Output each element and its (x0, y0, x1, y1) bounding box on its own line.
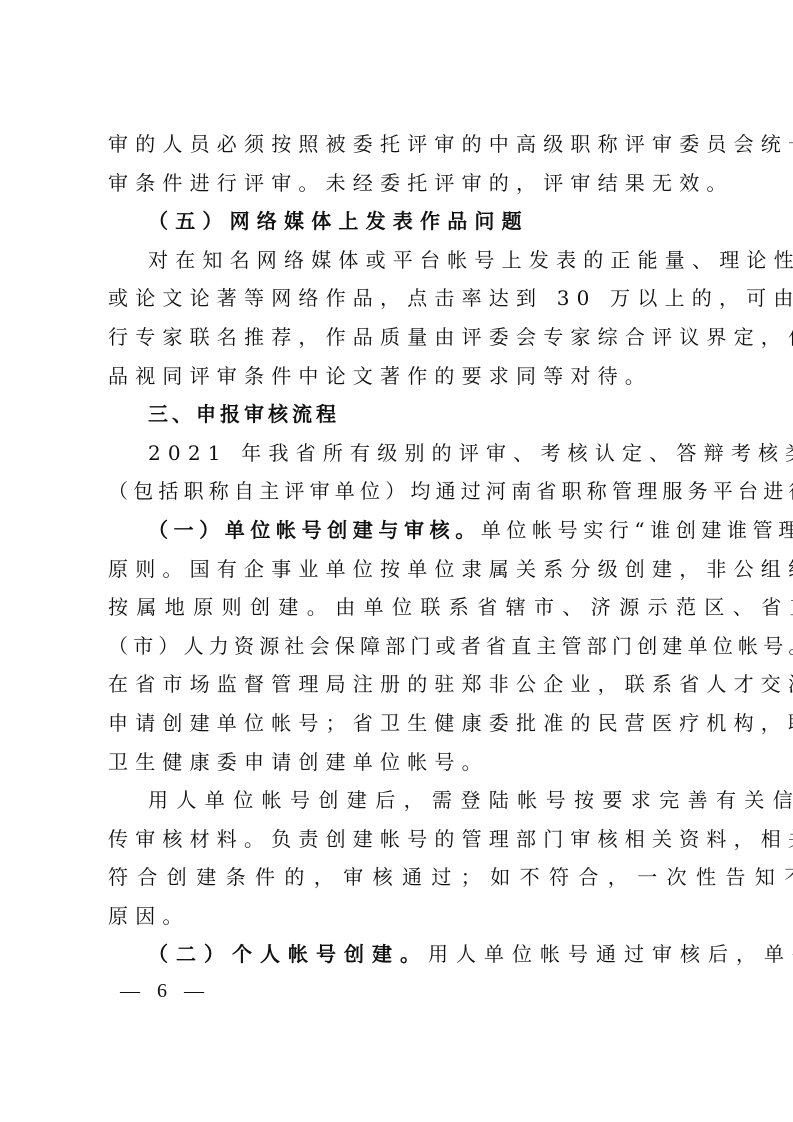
paragraph-line: 用人单位帐号创建后，需登陆帐号按要求完善有关信息并上 (108, 781, 688, 820)
paragraph-line: 原则。国有企事业单位按单位隶属关系分级创建，非公组织机构 (108, 550, 688, 589)
page-number: — 6 — (120, 980, 210, 1003)
paragraph-line: 符合创建条件的，审核通过；如不符合，一次性告知不通过 (108, 858, 688, 897)
paragraph-line: 原因。 (108, 897, 688, 936)
paragraph-line: 或论文论著等网络作品，点击率达到 30 万以上的，可由 2 名同 (108, 279, 688, 318)
paragraph-text: 单位帐号实行“谁创建谁管理” (481, 518, 793, 542)
paragraph-line: 2021 年我省所有级别的评审、考核认定、答辩考核类职称 (108, 434, 688, 473)
paragraph-line: 品视同评审条件中论文著作的要求同等对待。 (108, 357, 688, 396)
paragraph-line: （市）人力资源社会保障部门或者省直主管部门创建单位帐号。 (108, 627, 688, 666)
paragraph-text: 用人单位帐号通过审核后，单位管理 (428, 942, 793, 966)
paragraph-line-with-lead: （二）个人帐号创建。用人单位帐号通过审核后，单位管理 (108, 935, 688, 974)
part-heading-application-review: 三、申报审核流程 (108, 395, 688, 434)
paragraph-line: 按属地原则创建。由单位联系省辖市、济源示范区、省直管县 (108, 588, 688, 627)
section-heading-network-media: （五）网络媒体上发表作品问题 (108, 202, 688, 241)
subsection-lead-personal-account: （二）个人帐号创建。 (148, 942, 428, 966)
paragraph-line: 卫生健康委申请创建单位帐号。 (108, 743, 688, 782)
paragraph-line: 行专家联名推荐，作品质量由评委会专家综合评议界定，优秀作 (108, 318, 688, 357)
paragraph-line: 在省市场监督管理局注册的驻郑非公企业，联系省人才交流中心 (108, 665, 688, 704)
paragraph-line: 审条件进行评审。未经委托评审的，评审结果无效。 (108, 164, 688, 203)
subsection-lead-unit-account: （一）单位帐号创建与审核。 (148, 518, 481, 542)
paragraph-line-with-lead: （一）单位帐号创建与审核。单位帐号实行“谁创建谁管理” (108, 511, 688, 550)
paragraph-line: 对在知名网络媒体或平台帐号上发表的正能量、理论性文章 (108, 241, 688, 280)
paragraph-line: 申请创建单位帐号；省卫生健康委批准的民营医疗机构，联系省 (108, 704, 688, 743)
paragraph-line: 传审核材料。负责创建帐号的管理部门审核相关资料，相关信息 (108, 820, 688, 859)
document-page: 审的人员必须按照被委托评审的中高级职称评审委员会统一的评 审条件进行评审。未经委… (108, 125, 688, 974)
paragraph-line: （包括职称自主评审单位）均通过河南省职称管理服务平台进行。 (108, 472, 688, 511)
paragraph-line: 审的人员必须按照被委托评审的中高级职称评审委员会统一的评 (108, 125, 688, 164)
